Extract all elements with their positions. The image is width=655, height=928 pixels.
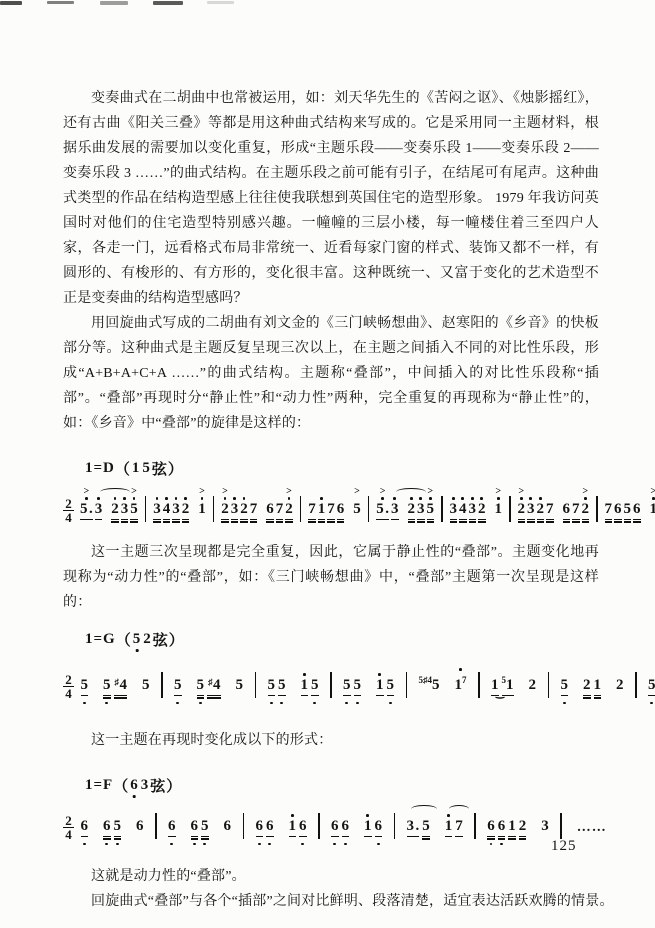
beam-group: 15 (375, 663, 396, 706)
jianpu-note: 5 (647, 663, 655, 706)
jianpu-note: 6 (632, 487, 642, 530)
jianpu-note: 2 (517, 804, 528, 847)
measure: 55♯45 (79, 660, 151, 706)
jianpu-note: 5 (352, 663, 363, 706)
measure: 3.517 (405, 804, 464, 847)
barline (474, 813, 476, 839)
beam-group: 55 (342, 663, 363, 706)
beam-group: 6 (79, 804, 90, 847)
page-content: 变奏曲式在二胡曲中也常被运用，如：刘天华先生的《苦闷之讴》、《烛影摇红》，还有古… (63, 86, 599, 914)
jianpu-note: 5 (342, 663, 353, 706)
measure: 5212 (559, 663, 625, 706)
jianpu-note: >2 (220, 487, 230, 530)
jianpu-note: 6 (298, 804, 309, 847)
jianpu-note: >2 (581, 487, 591, 530)
jianpu-note: 5 (559, 663, 570, 706)
jianpu-note: 5 (79, 663, 90, 706)
ts-numerator: 2 (65, 498, 72, 509)
beam-group: 15 (299, 663, 320, 706)
beam-group: >2327 (220, 487, 258, 530)
jianpu-note: 5♯45 (417, 658, 441, 706)
jianpu-note: >5 (352, 487, 362, 530)
jianpu-note: >1 (649, 487, 655, 530)
jianpu-note: 3 (526, 487, 536, 530)
beam-group: 6 (167, 804, 178, 847)
beam-group: 5♯4 (195, 660, 222, 706)
beam-group: >2327 (517, 487, 555, 530)
measure: >232767>2 (517, 487, 591, 530)
jianpu-note: 3. (405, 804, 421, 847)
jianpu-note: 3 (94, 487, 104, 530)
jianpu-note: 3 (540, 804, 551, 847)
measure: 5515 (342, 663, 396, 706)
measure: 7176>5 (307, 487, 362, 530)
scan-artifact (207, 1, 234, 4)
jianpu-note: 4 (162, 487, 172, 530)
paren-open: （ (116, 629, 132, 650)
time-signature: 24 (63, 498, 74, 523)
beam-group: >1 (649, 487, 655, 530)
measure: 6616 (330, 804, 384, 847)
measure: 6656 (79, 804, 145, 847)
paren-open: （ (113, 775, 129, 796)
jianpu-note: 3 (416, 487, 426, 530)
jianpu-note: 5 (623, 487, 633, 530)
jianpu-note: ♯4 (112, 660, 129, 706)
jianpu-note: 2 (527, 663, 538, 706)
barline (394, 813, 396, 839)
grace-note: 7 (462, 675, 467, 685)
barline (213, 496, 215, 522)
key-signature: 1=F (85, 777, 113, 794)
beam-group: 16 (363, 804, 384, 847)
octave-dot-below (136, 649, 139, 652)
barline (161, 672, 163, 698)
jianpu-note: 6 (373, 804, 384, 847)
ts-numerator: 2 (65, 674, 72, 685)
time-signature: 24 (63, 674, 74, 699)
beam-group: 66 (330, 804, 351, 847)
tuning-note: 1 (132, 460, 141, 477)
paren-open: （ (115, 458, 131, 479)
music-staff: 2466566656661666163.51766123…… (63, 804, 599, 847)
ts-denominator: 4 (65, 829, 72, 840)
jianpu-note: >5 (129, 487, 139, 530)
beam-group: 5 (79, 663, 90, 706)
jianpu-note: 5 (200, 804, 211, 847)
barline (255, 672, 257, 698)
beam-group: 21 (582, 663, 603, 706)
jianpu-note: 2 (239, 487, 249, 530)
jianpu-note: 51 (500, 658, 515, 706)
jianpu-note: 7 (249, 487, 259, 530)
beam-group: 23>5 (110, 487, 139, 530)
beam-group: >5 (352, 487, 362, 530)
jianpu-note: >2 (284, 487, 294, 530)
beam-group: 5♯4 (102, 660, 129, 706)
score-sanmenxia-diebu-first: 1=G（52弦）2455♯4555♯45551555155♯45171‿5125… (63, 629, 599, 706)
paragraph-variation-form: 变奏曲式在二胡曲中也常被运用，如：刘天华先生的《苦闷之讴》、《烛影摇红》，还有古… (63, 86, 599, 311)
jianpu-note: >5. (375, 487, 390, 530)
jianpu-note: 7 (454, 804, 465, 847)
jianpu-note: 6 (135, 804, 146, 847)
jianpu-note: 5 (173, 663, 184, 706)
barline (635, 672, 637, 698)
barline (548, 672, 550, 698)
tuning-note: 3 (141, 777, 150, 794)
jianpu-note: 17 (453, 658, 468, 706)
jianpu-note: 6 (330, 804, 341, 847)
measure: 3432>1 (152, 487, 207, 530)
jianpu-note: 6 (496, 804, 507, 847)
beam-group: 65 (189, 804, 210, 847)
barline (318, 813, 320, 839)
jianpu-note: 7 (571, 487, 581, 530)
barline (155, 813, 157, 839)
jianpu-note: 1 (507, 804, 518, 847)
beam-group: 65 (102, 804, 123, 847)
beam-group: 3 (540, 804, 551, 847)
music-staff: 2455♯4555♯45551555155♯45171‿51252125212 (63, 658, 599, 706)
jianpu-note: 4 (458, 487, 468, 530)
barline (509, 496, 511, 522)
ts-denominator: 4 (65, 688, 72, 699)
key-signature-line: 1=D（15弦） (85, 458, 599, 479)
jianpu-note: 7 (307, 487, 317, 530)
barline (330, 672, 332, 698)
beam-group: 5 (141, 663, 152, 706)
jianpu-note: 5 (141, 663, 152, 706)
book-page: 变奏曲式在二胡曲中也常被运用，如：刘天华先生的《苦闷之讴》、《烛影摇红》，还有古… (0, 0, 655, 928)
measure: >232767>2 (220, 487, 294, 530)
jianpu-note: 6 (340, 804, 351, 847)
jianpu-note: 3 (171, 487, 181, 530)
key-signature: 1=D (85, 460, 115, 477)
jianpu-note: 5 (195, 663, 206, 706)
beam-group: 17 (443, 804, 464, 847)
paragraph-static-diebu: 这一主题三次呈现都是完全重复，因此，它属于静止性的“叠部”。主题变化地再现称为“… (63, 540, 599, 615)
measure: >5.323>5 (79, 487, 139, 530)
jianpu-note: 1 (375, 663, 386, 706)
beam-group: 5 (173, 663, 184, 706)
beam-group: 6612 (486, 804, 528, 847)
paragraph-rondo-summary: 回旋曲式“叠部”与各个“插部”之间对比鲜明、段落清楚，适宜表达活跃欢腾的情景。 (63, 889, 599, 914)
beam-group: 5 (647, 663, 655, 706)
barline (300, 496, 302, 522)
beam-group: 5 (234, 663, 245, 706)
measure: 5212 (647, 663, 655, 706)
jianpu-note: 1 (317, 487, 327, 530)
jianpu-note: 3 (449, 487, 459, 530)
jianpu-note: 3 (152, 487, 162, 530)
jianpu-note: >1 (197, 487, 207, 530)
barline (560, 813, 562, 839)
jianpu-note: 1 (287, 804, 298, 847)
measure: 55♯45 (173, 660, 245, 706)
measure: 5515 (266, 663, 320, 706)
beam-group: 23>5 (407, 487, 436, 530)
jianpu-note: 2 (536, 487, 546, 530)
beam-group: 3432 (152, 487, 190, 530)
measure: 6616 (254, 804, 308, 847)
measure: 66123 (486, 804, 551, 847)
beam-group: 6 (222, 804, 233, 847)
jianpu-note: 6 (222, 804, 233, 847)
sharp-sign: ♯ (208, 677, 213, 687)
beam-group: 7656 (604, 487, 642, 530)
barline (441, 496, 443, 522)
jianpu-note: ♯4 (206, 660, 223, 706)
jianpu-note: 6 (189, 804, 200, 847)
barline (243, 813, 245, 839)
jianpu-note: 1 (592, 663, 603, 706)
jianpu-note: 7 (545, 487, 555, 530)
measure: 3432>1 (449, 487, 504, 530)
beam-group: 5♯45 (417, 658, 441, 706)
jianpu-note: 5 (234, 663, 245, 706)
jianpu-note: >1 (494, 487, 504, 530)
jianpu-note: 1 (443, 804, 454, 847)
scan-artifact (47, 1, 74, 4)
jianpu-note: 5 (385, 663, 396, 706)
beam-group: 3432 (449, 487, 487, 530)
scan-artifact (100, 1, 128, 5)
measure: 1‿512 (490, 658, 538, 706)
score-sanmenxia-diebu-varied: 1=F（63弦）2466566656661666163.51766123…… (63, 775, 599, 847)
jianpu-note: 3 (230, 487, 240, 530)
jianpu-note: 7 (275, 487, 285, 530)
jianpu-note: 6 (79, 804, 90, 847)
jianpu-note: 6 (613, 487, 623, 530)
augmentation-dot: . (416, 818, 420, 834)
barline (596, 496, 598, 522)
beam-group: 17 (453, 658, 468, 706)
measure: 6656 (167, 804, 233, 847)
grace-note: 5♯4 (419, 675, 433, 685)
grace-note: 5 (502, 675, 507, 685)
jianpu-note: 5 (102, 663, 113, 706)
ts-denominator: 4 (65, 512, 72, 523)
beam-group: >1 (197, 487, 207, 530)
jianpu-note: 2 (582, 663, 593, 706)
tuning-label: 弦） (150, 775, 182, 796)
page-number: 125 (551, 838, 577, 855)
jianpu-note: 6 (486, 804, 497, 847)
beam-group: >5.3 (79, 487, 103, 530)
jianpu-note: >5 (426, 487, 436, 530)
beam-group: >5.3 (375, 487, 399, 530)
jianpu-note: 6 (562, 487, 572, 530)
jianpu-note: 3 (468, 487, 478, 530)
jianpu-note: 2 (407, 487, 417, 530)
jianpu-note: 5 (277, 663, 288, 706)
jianpu-note: 3 (390, 487, 400, 530)
octave-dot-below (133, 795, 136, 798)
music-staff: 24>5.323>53432>1>232767>27176>5>5.323>53… (63, 487, 599, 530)
tuning-label: 弦） (152, 458, 184, 479)
barline (406, 672, 408, 698)
barline (145, 496, 147, 522)
jianpu-note: 2 (477, 487, 487, 530)
beam-group: 5 (559, 663, 570, 706)
beam-group: 67>2 (562, 487, 591, 530)
key-signature-line: 1=F（63弦） (85, 775, 599, 796)
jianpu-note: 1 (299, 663, 310, 706)
beam-group: 7176 (307, 487, 345, 530)
jianpu-note: 6 (265, 487, 275, 530)
time-signature: 24 (63, 815, 74, 840)
augmentation-dot: . (385, 501, 389, 517)
jianpu-note: 7 (326, 487, 336, 530)
score-xiangyin-diebu: 1=D（15弦）24>5.323>53432>1>232767>27176>5>… (63, 458, 599, 530)
jianpu-note: 2 (110, 487, 120, 530)
jianpu-note: 5 (421, 804, 432, 847)
key-signature: 1=G (85, 631, 116, 648)
tuning-note: 2 (143, 631, 152, 648)
measure: 5♯4517 (417, 658, 468, 706)
beam-group: 66 (254, 804, 275, 847)
jianpu-note: 5 (310, 663, 321, 706)
augmentation-dot: . (89, 501, 93, 517)
tuning-note: 5 (142, 460, 151, 477)
key-signature-line: 1=G（52弦） (85, 629, 599, 650)
jianpu-note: 6 (254, 804, 265, 847)
sharp-sign: ♯ (115, 677, 120, 687)
tuning-note: 5 (133, 631, 142, 648)
beam-group: 67>2 (265, 487, 294, 530)
beam-group: 55 (266, 663, 287, 706)
jianpu-note: 6 (265, 804, 276, 847)
jianpu-note: >5. (79, 487, 94, 530)
measure: >5.323>5 (375, 487, 435, 530)
ts-numerator: 2 (65, 815, 72, 826)
beam-group: 3.5 (405, 804, 431, 847)
paragraph-varied-form-intro: 这一主题在再现时变化成以下的形式： (63, 728, 599, 753)
scan-artifact (153, 1, 183, 5)
beam-group: 16 (287, 804, 308, 847)
beam-group: >1 (494, 487, 504, 530)
barline (478, 672, 480, 698)
measure: 7656>1 (604, 487, 655, 530)
barline (368, 496, 370, 522)
jianpu-note: 5 (266, 663, 277, 706)
continuation-dots: …… (577, 820, 607, 836)
jianpu-note: 6 (336, 487, 346, 530)
tuning-label: 弦） (153, 629, 185, 650)
beam-group: 2 (615, 663, 626, 706)
jianpu-note: 1 (363, 804, 374, 847)
tuning-note: 6 (130, 777, 139, 794)
jianpu-note: 5 (112, 804, 123, 847)
jianpu-note: 1‿ (490, 663, 501, 706)
scan-artifact (0, 1, 22, 5)
jianpu-note: 7 (604, 487, 614, 530)
beam-group: 6 (135, 804, 146, 847)
jianpu-note: 6 (167, 804, 178, 847)
jianpu-note: 3 (120, 487, 130, 530)
beam-group: 1‿51 (490, 658, 516, 706)
paragraph-dynamic-diebu: 这就是动力性的“叠部”。 (63, 864, 599, 889)
jianpu-note: 6 (102, 804, 113, 847)
paragraph-rondo-form: 用回旋曲式写成的二胡曲有刘文金的《三门峡畅想曲》、赵寒阳的《乡音》的快板部分等。… (63, 311, 599, 436)
jianpu-note: >2 (517, 487, 527, 530)
jianpu-note: 2 (181, 487, 191, 530)
jianpu-note: 2 (615, 663, 626, 706)
beam-group: 2 (527, 663, 538, 706)
